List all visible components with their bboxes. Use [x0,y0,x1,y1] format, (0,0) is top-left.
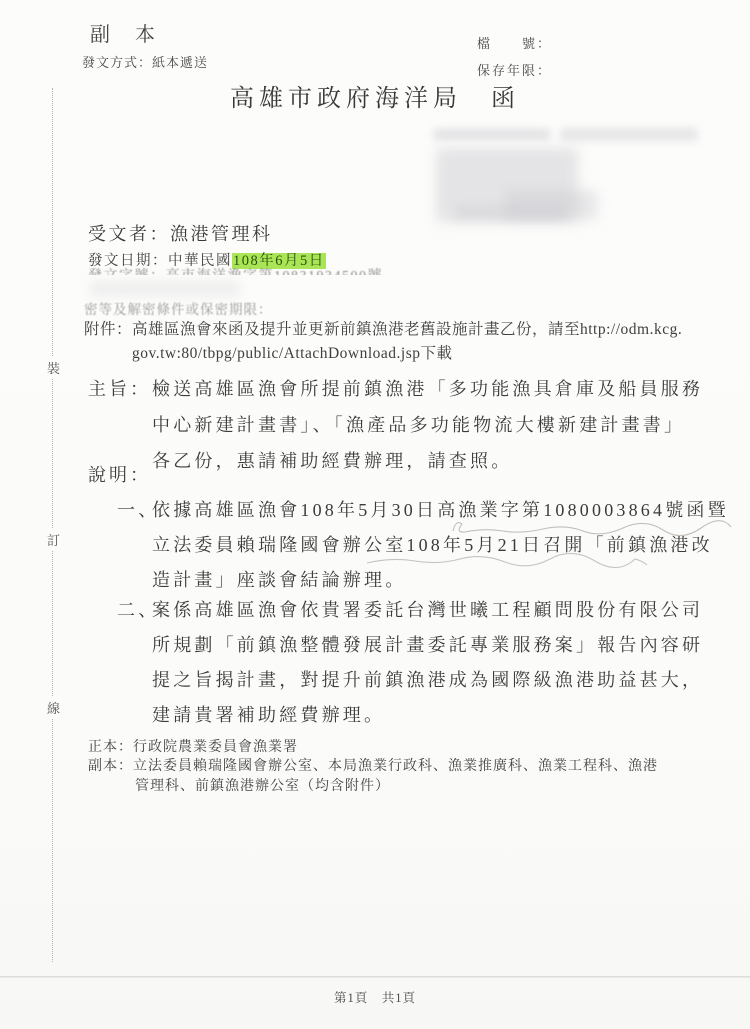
delivery-method: 發文方式：紙本遞送 [82,52,208,71]
classification-line: 密等及解密條件或保密期限： [84,298,273,318]
item-2-line: 提之旨揭計畫，對提升前鎮漁港成為國際級漁港助益甚大， [152,666,703,692]
copy-recipients-line: 管理科、前鎮漁港辦公室（均含附件） [135,775,390,795]
binding-dotted-line [52,88,53,962]
attachment-line-2: gov.tw:80/tbpg/public/AttachDownload.jsp… [132,341,453,363]
item-1-line: 依據高雄區漁會108年5月30日高漁業字第1080003864號函暨 [152,496,729,522]
subject-line: 各乙份，惠請補助經費辦理，請查照。 [152,447,512,473]
retention-period-label: 保存年限： [477,60,552,79]
item-2-line: 所規劃「前鎮漁整體發展計畫委託專業服務案」報告內容研 [152,631,703,657]
redacted-contact-block [455,205,565,221]
subject-line: 檢送高雄區漁會所提前鎮漁港「多功能漁具倉庫及船員服務 [152,375,703,401]
item-2-line: 案係高雄區漁會依貴署委託台灣世曦工程顧問股份有限公司 [152,596,703,622]
footer-divider [0,976,750,978]
attachment-line-1: 附件：高雄區漁會來函及提升並更新前鎮漁港老舊設施計畫乙份，請至http://od… [84,317,682,339]
binding-mark-xian: 線 [47,696,60,719]
doc-number-clipped-line: 發文字號：高市海洋漁字第10831934500號 [88,265,383,275]
copy-recipients-line: 副本：立法委員賴瑞隆國會辦公室、本局漁業行政科、漁業推廣科、漁業工程科、漁港 [88,755,658,775]
copy-label: 副 本 [90,18,165,47]
binding-mark-ding: 訂 [47,528,60,551]
subject-label: 主旨： [88,375,151,401]
item-1-line: 造計畫」座談會結論辦理。 [152,566,406,592]
item-1-line: 立法委員賴瑞隆國會辦公室108年5月21日召開「前鎮漁港改 [152,531,713,557]
scan-smudge [90,281,240,297]
scanned-official-letter: 裝 訂 線 副 本 發文方式：紙本遞送 檔 號： 保存年限： 高雄市政府海洋局 … [0,0,750,1029]
redacted-contact-block [433,129,551,140]
item-2-line: 建請貴署補助經費辦理。 [152,701,385,727]
original-recipient-line: 正本：行政院農業委員會漁業署 [88,736,298,756]
file-number-label: 檔 號： [477,33,552,52]
subject-line: 中心新建計畫書」、「漁產品多功能物流大樓新建計畫書」 [152,411,685,437]
explanation-label: 說明： [88,461,151,487]
redacted-contact-block [560,128,698,141]
recipient-line: 受文者：漁港管理科 [88,220,273,246]
binding-mark-zhuang: 裝 [47,356,60,379]
page-number: 第1頁 共1頁 [0,988,750,1006]
document-title: 高雄市政府海洋局 函 [0,78,750,113]
